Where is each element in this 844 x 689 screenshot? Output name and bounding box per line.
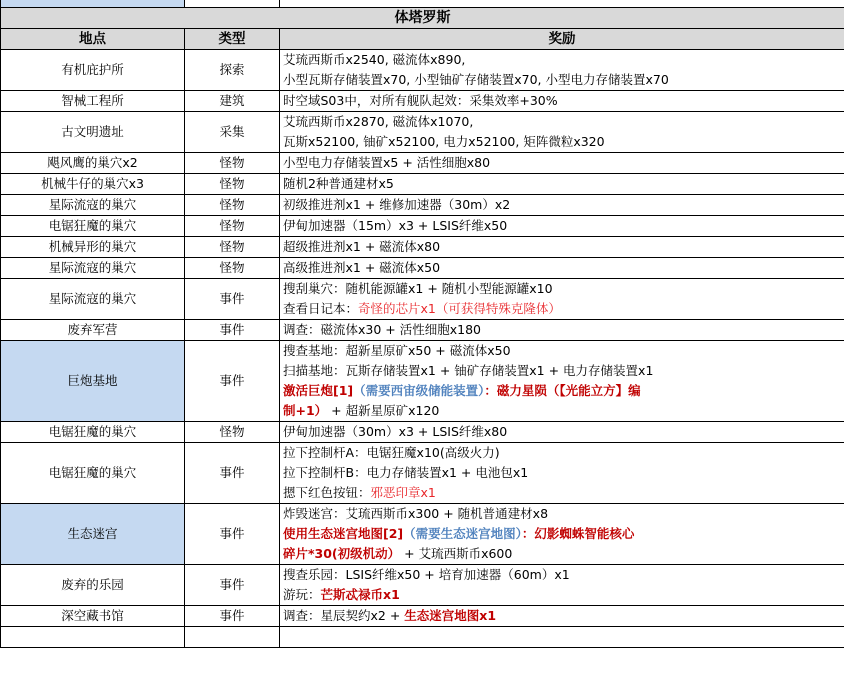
table-row: 生态迷宫事件炸毁迷宫：艾琉西斯币x300 + 随机普通建材x8使用生态迷宫地图[… [1, 504, 844, 565]
reward-table: 体塔罗斯 地点 类型 奖励 有机庇护所探索艾琉西斯币x2540, 磁流体x890… [0, 0, 844, 648]
reward-line: 小型瓦斯存储装置x70, 小型铀矿存储装置x70, 小型电力存储装置x70 [283, 70, 841, 90]
reward-cell[interactable]: 搜查乐园：LSIS纤维x50 + 培育加速器（60m）x1游玩：芒斯忒禄币x1 [280, 565, 844, 606]
reward-cell[interactable]: 伊甸加速器（15m）x3 + LSIS纤维x50 [280, 216, 844, 237]
type-cell[interactable]: 采集 [185, 112, 280, 153]
reward-text: 随机2种普通建材x5 [283, 176, 394, 191]
location-cell[interactable]: 古文明遗址 [1, 112, 185, 153]
reward-line: 摁下红色按钮：邪恶印章x1 [283, 483, 841, 503]
reward-line: 调查：星辰契约x2 + 生态迷宫地图x1 [283, 606, 841, 626]
header-reward[interactable]: 奖励 [280, 29, 844, 50]
reward-cell[interactable]: 随机2种普通建材x5 [280, 174, 844, 195]
reward-highlight-text: （需要西宙级储能装置） [353, 383, 484, 398]
table-row: 古文明遗址采集艾琉西斯币x2870, 磁流体x1070,瓦斯x52100, 铀矿… [1, 112, 844, 153]
type-cell[interactable]: 怪物 [185, 422, 280, 443]
reward-text: 炸毁迷宫：艾琉西斯币x300 + 随机普通建材x8 [283, 506, 548, 521]
reward-cell[interactable]: 搜查基地：超新星原矿x50 + 磁流体x50扫描基地：瓦斯存储装置x1 + 铀矿… [280, 341, 844, 422]
location-cell[interactable]: 电锯狂魔的巢穴 [1, 422, 185, 443]
reward-cell[interactable]: 伊甸加速器（30m）x3 + LSIS纤维x80 [280, 422, 844, 443]
type-cell[interactable]: 怪物 [185, 174, 280, 195]
table-row: 智械工程所建筑时空域S03中，对所有舰队起效：采集效率+30% [1, 91, 844, 112]
reward-line: 超级推进剂x1 + 磁流体x80 [283, 237, 841, 257]
reward-text: 查看日记本： [283, 301, 358, 316]
table-row: 有机庇护所探索艾琉西斯币x2540, 磁流体x890,小型瓦斯存储装置x70, … [1, 50, 844, 91]
reward-text: 拉下控制杆A：电锯狂魔x10(高级火力) [283, 445, 500, 460]
type-cell[interactable]: 探索 [185, 50, 280, 91]
location-cell[interactable]: 废弃军营 [1, 320, 185, 341]
reward-line: 查看日记本：奇怪的芯片x1（可获得特殊克隆体） [283, 299, 841, 319]
reward-line: 艾琉西斯币x2540, 磁流体x890, [283, 50, 841, 70]
reward-highlight-text: 邪恶印章x1 [371, 485, 436, 500]
location-cell[interactable]: 废弃的乐园 [1, 565, 185, 606]
reward-text: 调查：磁流体x30 + 活性细胞x180 [283, 322, 481, 337]
reward-line: 调查：磁流体x30 + 活性细胞x180 [283, 320, 841, 340]
reward-highlight-text: （需要生态迷宫地图） [403, 526, 522, 541]
reward-line: 搜刮巢穴：随机能源罐x1 + 随机小型能源罐x10 [283, 279, 841, 299]
partial-top-row [1, 0, 844, 8]
reward-text: 搜查基地：超新星原矿x50 + 磁流体x50 [283, 343, 511, 358]
reward-line: 随机2种普通建材x5 [283, 174, 841, 194]
location-cell[interactable]: 机械异形的巢穴 [1, 237, 185, 258]
reward-highlight-text: ：磁力星陨（【光能立方】编 [484, 383, 640, 398]
reward-highlight-text: 碎片*30(初级机动） [283, 546, 400, 561]
reward-cell[interactable]: 调查：磁流体x30 + 活性细胞x180 [280, 320, 844, 341]
partial-cell[interactable] [1, 0, 185, 8]
type-cell[interactable]: 怪物 [185, 216, 280, 237]
reward-cell[interactable]: 高级推进剂x1 + 磁流体x50 [280, 258, 844, 279]
reward-text: 瓦斯x52100, 铀矿x52100, 电力x52100, 矩阵微粒x320 [283, 134, 605, 149]
reward-line: 初级推进剂x1 + 维修加速器（30m）x2 [283, 195, 841, 215]
location-cell[interactable]: 电锯狂魔的巢穴 [1, 443, 185, 504]
type-cell[interactable]: 事件 [185, 606, 280, 627]
reward-line: 小型电力存储装置x5 + 活性细胞x80 [283, 153, 841, 173]
reward-cell[interactable]: 初级推进剂x1 + 维修加速器（30m）x2 [280, 195, 844, 216]
reward-text: 小型瓦斯存储装置x70, 小型铀矿存储装置x70, 小型电力存储装置x70 [283, 72, 669, 87]
reward-text: 小型电力存储装置x5 + 活性细胞x80 [283, 155, 490, 170]
reward-text: 搜刮巢穴：随机能源罐x1 + 随机小型能源罐x10 [283, 281, 553, 296]
reward-text: + 超新星原矿x120 [327, 403, 439, 418]
section-title-row: 体塔罗斯 [1, 8, 844, 29]
reward-text: + 艾琉西斯币x600 [400, 546, 512, 561]
reward-line: 伊甸加速器（15m）x3 + LSIS纤维x50 [283, 216, 841, 236]
location-cell[interactable]: 智械工程所 [1, 91, 185, 112]
table-row: 深空藏书馆事件调查：星辰契约x2 + 生态迷宫地图x1 [1, 606, 844, 627]
reward-line: 拉下控制杆A：电锯狂魔x10(高级火力) [283, 443, 841, 463]
location-cell[interactable]: 星际流寇的巢穴 [1, 195, 185, 216]
partial-cell[interactable] [280, 627, 844, 648]
reward-line: 搜查基地：超新星原矿x50 + 磁流体x50 [283, 341, 841, 361]
reward-text: 高级推进剂x1 + 磁流体x50 [283, 260, 440, 275]
reward-line: 伊甸加速器（30m）x3 + LSIS纤维x80 [283, 422, 841, 442]
location-cell[interactable]: 有机庇护所 [1, 50, 185, 91]
reward-text: 初级推进剂x1 + 维修加速器（30m）x2 [283, 197, 510, 212]
location-cell[interactable]: 深空藏书馆 [1, 606, 185, 627]
type-cell[interactable]: 事件 [185, 279, 280, 320]
type-cell[interactable]: 事件 [185, 341, 280, 422]
reward-text: 调查：星辰契约x2 + [283, 608, 404, 623]
reward-text: 艾琉西斯币x2870, 磁流体x1070, [283, 114, 473, 129]
reward-text: 超级推进剂x1 + 磁流体x80 [283, 239, 440, 254]
table-row: 飓风鹰的巢穴x2怪物小型电力存储装置x5 + 活性细胞x80 [1, 153, 844, 174]
reward-text: 伊甸加速器（15m）x3 + LSIS纤维x50 [283, 218, 507, 233]
reward-line: 使用生态迷宫地图[2]（需要生态迷宫地图）：幻影蜘蛛智能核心 [283, 524, 841, 544]
location-cell[interactable]: 巨炮基地 [1, 341, 185, 422]
reward-line: 制+1） + 超新星原矿x120 [283, 401, 841, 421]
location-cell[interactable]: 电锯狂魔的巢穴 [1, 216, 185, 237]
type-cell[interactable]: 建筑 [185, 91, 280, 112]
table-row: 星际流寇的巢穴事件搜刮巢穴：随机能源罐x1 + 随机小型能源罐x10查看日记本：… [1, 279, 844, 320]
table-row: 机械异形的巢穴怪物超级推进剂x1 + 磁流体x80 [1, 237, 844, 258]
reward-line: 激活巨炮[1]（需要西宙级储能装置）：磁力星陨（【光能立方】编 [283, 381, 841, 401]
reward-line: 时空域S03中，对所有舰队起效：采集效率+30% [283, 91, 841, 111]
header-location[interactable]: 地点 [1, 29, 185, 50]
type-cell[interactable]: 怪物 [185, 153, 280, 174]
reward-text: 摁下红色按钮： [283, 485, 371, 500]
partial-cell[interactable] [185, 627, 280, 648]
reward-line: 碎片*30(初级机动） + 艾琉西斯币x600 [283, 544, 841, 564]
type-cell[interactable]: 事件 [185, 443, 280, 504]
reward-line: 扫描基地：瓦斯存储装置x1 + 铀矿存储装置x1 + 电力存储装置x1 [283, 361, 841, 381]
reward-cell[interactable]: 小型电力存储装置x5 + 活性细胞x80 [280, 153, 844, 174]
type-cell[interactable]: 怪物 [185, 195, 280, 216]
table-row: 电锯狂魔的巢穴怪物伊甸加速器（15m）x3 + LSIS纤维x50 [1, 216, 844, 237]
reward-cell[interactable]: 炸毁迷宫：艾琉西斯币x300 + 随机普通建材x8使用生态迷宫地图[2]（需要生… [280, 504, 844, 565]
type-cell[interactable]: 怪物 [185, 258, 280, 279]
reward-highlight-text: 激活巨炮[1] [283, 383, 353, 398]
type-cell[interactable]: 事件 [185, 504, 280, 565]
table-row: 巨炮基地事件搜查基地：超新星原矿x50 + 磁流体x50扫描基地：瓦斯存储装置x… [1, 341, 844, 422]
reward-highlight-text: ：幻影蜘蛛智能核心 [522, 526, 635, 541]
reward-highlight-text: 芒斯忒禄币x1 [321, 587, 400, 602]
partial-cell[interactable] [1, 627, 185, 648]
reward-line: 拉下控制杆B：电力存储装置x1 + 电池包x1 [283, 463, 841, 483]
section-title[interactable]: 体塔罗斯 [1, 8, 844, 29]
reward-cell[interactable]: 超级推进剂x1 + 磁流体x80 [280, 237, 844, 258]
location-cell[interactable]: 飓风鹰的巢穴x2 [1, 153, 185, 174]
reward-highlight-text: 生态迷宫地图x1 [404, 608, 496, 623]
table-row: 星际流寇的巢穴怪物高级推进剂x1 + 磁流体x50 [1, 258, 844, 279]
table-row: 电锯狂魔的巢穴怪物伊甸加速器（30m）x3 + LSIS纤维x80 [1, 422, 844, 443]
reward-cell[interactable]: 艾琉西斯币x2540, 磁流体x890,小型瓦斯存储装置x70, 小型铀矿存储装… [280, 50, 844, 91]
reward-line: 搜查乐园：LSIS纤维x50 + 培育加速器（60m）x1 [283, 565, 841, 585]
reward-highlight-text: 奇怪的芯片x1（可获得特殊克隆体） [358, 301, 561, 316]
reward-cell[interactable]: 搜刮巢穴：随机能源罐x1 + 随机小型能源罐x10查看日记本：奇怪的芯片x1（可… [280, 279, 844, 320]
spreadsheet: 体塔罗斯 地点 类型 奖励 有机庇护所探索艾琉西斯币x2540, 磁流体x890… [0, 0, 844, 648]
reward-cell[interactable]: 调查：星辰契约x2 + 生态迷宫地图x1 [280, 606, 844, 627]
reward-text: 扫描基地：瓦斯存储装置x1 + 铀矿存储装置x1 + 电力存储装置x1 [283, 363, 653, 378]
table-row: 星际流寇的巢穴怪物初级推进剂x1 + 维修加速器（30m）x2 [1, 195, 844, 216]
reward-line: 高级推进剂x1 + 磁流体x50 [283, 258, 841, 278]
reward-highlight-text: 使用生态迷宫地图[2] [283, 526, 403, 541]
location-cell[interactable]: 机械牛仔的巢穴x3 [1, 174, 185, 195]
table-row: 废弃的乐园事件搜查乐园：LSIS纤维x50 + 培育加速器（60m）x1游玩：芒… [1, 565, 844, 606]
reward-line: 炸毁迷宫：艾琉西斯币x300 + 随机普通建材x8 [283, 504, 841, 524]
table-row: 废弃军营事件调查：磁流体x30 + 活性细胞x180 [1, 320, 844, 341]
reward-highlight-text: 制+1） [283, 403, 327, 418]
table-row: 机械牛仔的巢穴x3怪物随机2种普通建材x5 [1, 174, 844, 195]
table-row: 电锯狂魔的巢穴事件拉下控制杆A：电锯狂魔x10(高级火力)拉下控制杆B：电力存储… [1, 443, 844, 504]
reward-cell[interactable]: 拉下控制杆A：电锯狂魔x10(高级火力)拉下控制杆B：电力存储装置x1 + 电池… [280, 443, 844, 504]
header-type[interactable]: 类型 [185, 29, 280, 50]
partial-bottom-row [1, 627, 844, 648]
reward-cell[interactable]: 艾琉西斯币x2870, 磁流体x1070,瓦斯x52100, 铀矿x52100,… [280, 112, 844, 153]
reward-text: 时空域S03中，对所有舰队起效：采集效率+30% [283, 93, 558, 108]
reward-text: 艾琉西斯币x2540, 磁流体x890, [283, 52, 465, 67]
reward-text: 拉下控制杆B：电力存储装置x1 + 电池包x1 [283, 465, 528, 480]
type-cell[interactable]: 事件 [185, 320, 280, 341]
location-cell[interactable]: 星际流寇的巢穴 [1, 258, 185, 279]
partial-cell[interactable] [280, 0, 844, 8]
reward-line: 游玩：芒斯忒禄币x1 [283, 585, 841, 605]
location-cell[interactable]: 星际流寇的巢穴 [1, 279, 185, 320]
reward-text: 伊甸加速器（30m）x3 + LSIS纤维x80 [283, 424, 507, 439]
reward-text: 游玩： [283, 587, 321, 602]
reward-line: 艾琉西斯币x2870, 磁流体x1070, [283, 112, 841, 132]
reward-text: 搜查乐园：LSIS纤维x50 + 培育加速器（60m）x1 [283, 567, 570, 582]
reward-line: 瓦斯x52100, 铀矿x52100, 电力x52100, 矩阵微粒x320 [283, 132, 841, 152]
partial-cell[interactable] [185, 0, 280, 8]
reward-cell[interactable]: 时空域S03中，对所有舰队起效：采集效率+30% [280, 91, 844, 112]
header-row: 地点 类型 奖励 [1, 29, 844, 50]
type-cell[interactable]: 怪物 [185, 237, 280, 258]
type-cell[interactable]: 事件 [185, 565, 280, 606]
location-cell[interactable]: 生态迷宫 [1, 504, 185, 565]
